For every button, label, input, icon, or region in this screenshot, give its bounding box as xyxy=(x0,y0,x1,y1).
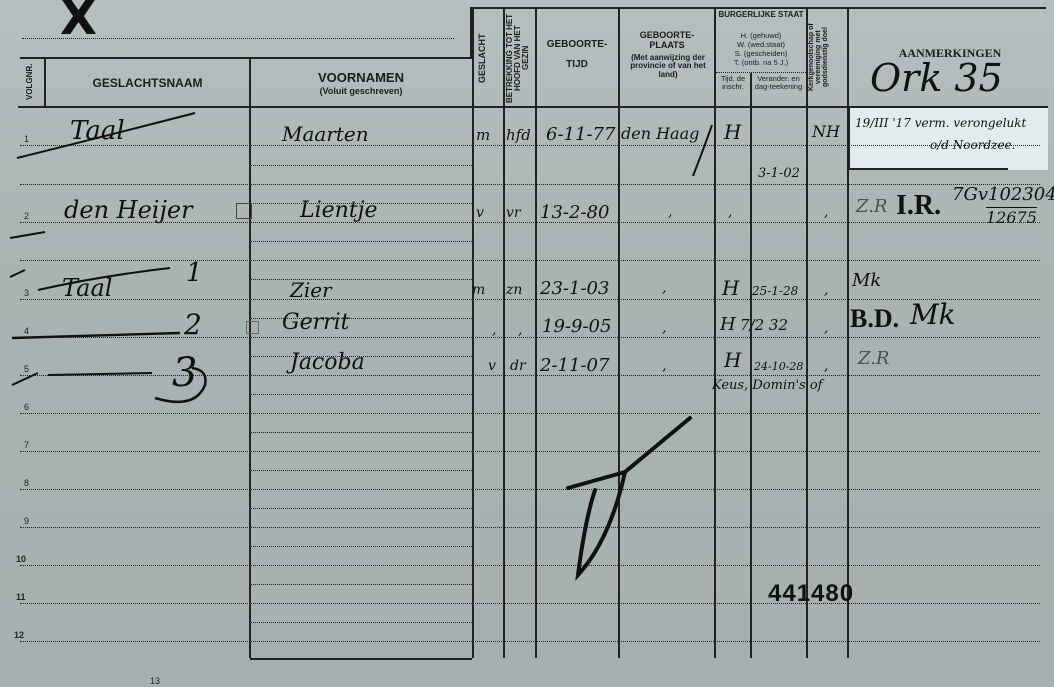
church: , xyxy=(824,282,828,298)
civil-status: H xyxy=(720,314,736,335)
surname: den Heijer xyxy=(64,196,193,224)
birth-date: 2-11-07 xyxy=(540,355,609,376)
row-mark: 2 xyxy=(184,308,202,341)
checkbox-mark-icon xyxy=(246,321,259,334)
civil-note: Keus, Domin's of xyxy=(712,378,823,393)
first-name: Lientje xyxy=(300,198,378,223)
birth-date: 13-2-80 xyxy=(540,202,609,223)
remark-zr-2: Z.R xyxy=(858,348,889,369)
civil-change: 24-10-28 xyxy=(754,360,803,373)
row-mark: 3 xyxy=(172,350,197,396)
sex: , xyxy=(492,322,496,338)
remark-mk: Mk xyxy=(852,270,881,291)
relation: , xyxy=(518,322,522,338)
strikethrough-lines xyxy=(0,0,1054,687)
relation: dr xyxy=(510,358,526,374)
row-mark: 1 xyxy=(186,258,203,288)
civil-status: H xyxy=(722,276,739,300)
checkbox-mark-icon xyxy=(236,203,252,219)
remark-code: 7Gv102304 xyxy=(952,184,1054,205)
civil-change: 25-1-28 xyxy=(752,284,798,298)
birth-place: , xyxy=(668,204,672,220)
civil-change: 3-1-02 xyxy=(758,166,800,181)
remark-stamp-bd: B.D. xyxy=(850,304,899,334)
sex: m xyxy=(472,282,485,298)
sex: v xyxy=(476,205,484,221)
relation: vr xyxy=(506,205,521,221)
birth-place: , xyxy=(662,320,666,336)
sex: v xyxy=(488,358,496,374)
surname: Taal xyxy=(62,274,112,302)
birth-place: , xyxy=(662,358,666,374)
church: , xyxy=(824,358,828,374)
relation: zn xyxy=(506,282,522,298)
first-name: Gerrit xyxy=(282,310,350,335)
civil-status: H xyxy=(724,348,741,372)
civil-change: 7/2 32 xyxy=(740,316,788,334)
remark-zr: Z.R xyxy=(856,196,887,217)
church: , xyxy=(824,204,828,220)
birth-place: , xyxy=(662,280,666,296)
birth-date: 23-1-03 xyxy=(540,278,609,299)
remark-stamp-ir: I.R. xyxy=(896,190,941,222)
first-name: Zier xyxy=(290,278,332,302)
remark-mk-2: Mk xyxy=(910,298,956,331)
church: , xyxy=(824,320,828,336)
civil-status: , xyxy=(728,204,732,220)
remark-code-2: 12675 xyxy=(986,208,1037,227)
serial-number: 441480 xyxy=(768,580,854,608)
first-name: Jacoba xyxy=(290,350,365,375)
population-register-card: X VOLGNR. GESLACHTSNAAM VOORNAMEN (Volui… xyxy=(0,0,1054,687)
bottom-mark: 13 xyxy=(150,676,160,686)
birth-date: 19-9-05 xyxy=(542,316,611,337)
